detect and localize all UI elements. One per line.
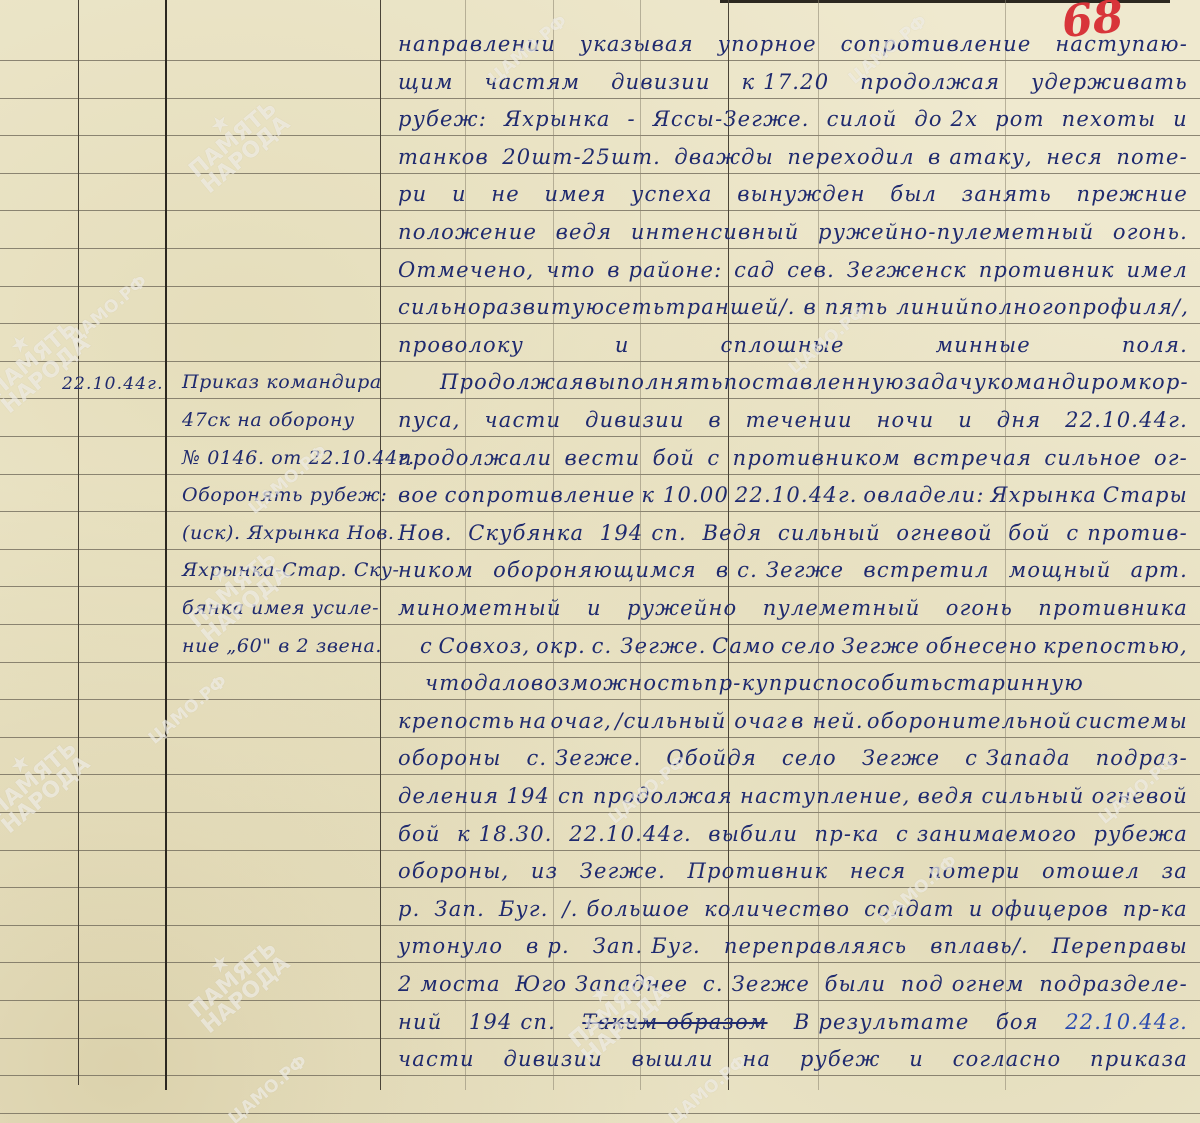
- narrative-line: риинеимеяуспехавынужденбылзанятьпрежние: [398, 182, 1188, 206]
- handwritten-word: положение: [398, 220, 537, 244]
- handwritten-word: /. в пять линий: [779, 295, 970, 319]
- handwritten-word: и: [909, 1047, 924, 1071]
- handwritten-word: в р.: [526, 934, 570, 958]
- handwritten-word: Само: [712, 634, 775, 658]
- handwritten-word: деления: [398, 784, 499, 808]
- handwritten-word: Переправы: [1052, 934, 1188, 958]
- ruled-line: [0, 361, 1200, 362]
- handwritten-word: и: [587, 596, 602, 620]
- handwritten-word: сев.: [787, 258, 835, 282]
- ruled-line: [0, 812, 1200, 813]
- narrative-line: утонулов р.Зап. Буг.переправляясьвплавь/…: [398, 934, 1188, 958]
- handwritten-word: ружейно: [627, 596, 737, 620]
- handwritten-word: село: [782, 746, 837, 770]
- ruled-line: [0, 1113, 1200, 1114]
- ruled-line: [0, 398, 1200, 399]
- source-line: Приказ командира: [182, 371, 382, 393]
- handwritten-word: пулеметный: [763, 596, 921, 620]
- star-icon: ★: [205, 948, 236, 980]
- narrative-line: воесопротивлениек 10.0022.10.44г.овладел…: [398, 483, 1188, 507]
- ruled-line: [0, 135, 1200, 136]
- handwritten-word: /сильный очаг: [615, 709, 788, 733]
- handwritten-word: сеть: [605, 295, 665, 319]
- handwritten-word: силой: [827, 107, 898, 131]
- ruled-line: [0, 962, 1200, 963]
- handwritten-word: выбили: [708, 822, 798, 846]
- ruled-line: [0, 1000, 1200, 1001]
- handwritten-word: рубеж:: [398, 107, 487, 131]
- narrative-line: сильноразвитуюсетьтраншей/. в пять линий…: [398, 295, 1188, 319]
- handwritten-word: упорное: [718, 32, 817, 56]
- handwritten-word: село: [781, 634, 836, 658]
- narrative-line: никомобороняющимсяв с. Зегжевстретилмощн…: [398, 558, 1188, 582]
- handwritten-word: минометный: [398, 596, 562, 620]
- handwritten-word: солдат: [864, 897, 955, 921]
- handwritten-word: прежние: [1077, 182, 1188, 206]
- handwritten-word: ведя: [918, 784, 975, 808]
- handwritten-word: имел: [1126, 258, 1188, 282]
- handwritten-word: с занимаемого: [896, 822, 1077, 846]
- handwritten-word: на: [519, 709, 548, 733]
- handwritten-word: Скубянка: [468, 521, 584, 545]
- narrative-line: бойк 18.30.22.10.44г.выбилипр-кас занима…: [398, 822, 1188, 846]
- ruled-line: [0, 887, 1200, 888]
- narrative-line: деления194 сппродолжаянаступление,ведяси…: [398, 784, 1188, 808]
- handwritten-word: сопротивление: [445, 483, 636, 507]
- narrative-line: танков20шт-25шт.дваждыпереходилв атаку,н…: [398, 145, 1188, 169]
- handwritten-word: под огнем: [901, 972, 1025, 996]
- handwritten-word: Зап.: [434, 897, 485, 921]
- entry-date: 22.10.44г.: [62, 374, 164, 394]
- handwritten-word: Противник: [687, 859, 828, 883]
- handwritten-word: огневой: [1092, 784, 1188, 808]
- handwritten-word: -: [628, 107, 636, 131]
- handwritten-word: пр-ка: [814, 822, 879, 846]
- handwritten-word: минные: [936, 333, 1031, 357]
- handwritten-word: пехоты: [1062, 107, 1157, 131]
- narrative-line: обороныс. Зегже.ОбойдяселоЗегжес Западап…: [398, 746, 1188, 770]
- narrative-line: продолжаливестибойспротивникомвстречаяси…: [398, 446, 1188, 470]
- ruled-line: [0, 210, 1200, 211]
- handwritten-word: что: [546, 258, 595, 282]
- narrative-line: р.Зап.Буг./. большоеколичествосолдати оф…: [398, 897, 1188, 921]
- column-rule: [78, 0, 79, 1085]
- handwritten-word: Стары: [1103, 483, 1188, 507]
- handwritten-word: вести: [564, 446, 640, 470]
- ruled-line: [0, 925, 1200, 926]
- handwritten-word: пуса,: [398, 408, 461, 432]
- handwritten-word: 22.10.44г.: [735, 483, 858, 507]
- narrative-line: минометныйиружейнопулеметныйогоньпротивн…: [398, 596, 1188, 620]
- handwritten-word: и: [615, 333, 630, 357]
- handwritten-word: дивизии: [585, 408, 685, 432]
- handwritten-word: направлении: [398, 32, 556, 56]
- handwritten-word: из: [531, 859, 558, 883]
- handwritten-word: приказа: [1090, 1047, 1188, 1071]
- handwritten-word: рот: [995, 107, 1045, 131]
- handwritten-word: до 2х: [914, 107, 978, 131]
- ruled-line: [0, 436, 1200, 437]
- handwritten-word: за: [1162, 859, 1188, 883]
- handwritten-word: Яхрынка: [504, 107, 611, 131]
- handwritten-word: в с. Зегже: [716, 558, 844, 582]
- watermark-line: НАРОДА: [0, 751, 95, 839]
- archive-document-page: 68 22.10.44г. Приказ командира47ск на об…: [0, 0, 1200, 1123]
- handwritten-word: Зегженск: [847, 258, 967, 282]
- handwritten-word: бой: [653, 446, 696, 470]
- handwritten-word: в ней.: [791, 709, 864, 733]
- handwritten-word: течении: [746, 408, 853, 432]
- handwritten-word: продолжая: [593, 784, 733, 808]
- handwritten-word: бой: [1008, 521, 1051, 545]
- handwritten-word: дивизии: [611, 70, 711, 94]
- handwritten-word: Нов.: [398, 521, 453, 545]
- handwritten-word: Яссы-Зегже.: [653, 107, 810, 131]
- handwritten-word: и: [1173, 107, 1188, 131]
- handwritten-word: с против-: [1066, 521, 1188, 545]
- source-line: бянка имея усиле-: [182, 597, 379, 619]
- handwritten-word: отошел: [1042, 859, 1140, 883]
- source-line: № 0146. от 22.10.44г.: [182, 447, 415, 469]
- handwritten-word: возможность: [531, 671, 704, 695]
- narrative-line: сСовхоз,окр.с. Зегже.СамоселоЗегжеобнесе…: [420, 634, 1188, 658]
- handwritten-word: Зегже: [862, 746, 940, 770]
- handwritten-word: и: [452, 182, 467, 206]
- handwritten-word: танков: [398, 145, 489, 169]
- watermark-line: ПАМЯТЬ: [0, 736, 82, 823]
- handwritten-word: 194 сп.: [600, 521, 687, 545]
- handwritten-word: поля.: [1122, 333, 1188, 357]
- ruled-line: [0, 248, 1200, 249]
- star-icon: ★: [5, 748, 36, 780]
- handwritten-word: противником: [733, 446, 901, 470]
- narrative-line: обороны,изЗегже.Противникнесяпотериотоше…: [398, 859, 1188, 883]
- narrative-line: частидивизиивышлинарубежисогласноприказа: [398, 1047, 1188, 1071]
- handwritten-word: окр.: [536, 634, 586, 658]
- handwritten-word: очаг,: [550, 709, 612, 733]
- handwritten-word: Зап. Буг.: [593, 934, 701, 958]
- source-line: Оборонять рубеж:: [182, 484, 387, 506]
- handwritten-word: были: [825, 972, 887, 996]
- narrative-line: Нов.Скубянка194 сп.Ведясильныйогневойбой…: [398, 521, 1188, 545]
- handwritten-word: сильное: [1044, 446, 1141, 470]
- handwritten-word: согласно: [953, 1047, 1062, 1071]
- handwritten-word: с. Зегже.: [526, 746, 641, 770]
- handwritten-word: дважды: [674, 145, 774, 169]
- ruled-line: [0, 774, 1200, 775]
- handwritten-word: переходил: [787, 145, 914, 169]
- handwritten-word: оборонительной: [867, 709, 1073, 733]
- handwritten-word: имея: [545, 182, 607, 206]
- watermark-line: ПАМЯТЬ: [184, 936, 281, 1023]
- handwritten-word: щим: [398, 70, 454, 94]
- handwritten-word: задачу: [905, 370, 987, 394]
- ruled-line: [0, 98, 1200, 99]
- narrative-line: направленииуказываяупорноесопротивлениен…: [398, 32, 1188, 56]
- handwritten-word: сильно: [398, 295, 482, 319]
- handwritten-word: переправляясь: [724, 934, 908, 958]
- handwritten-word: 22.10.44г.: [1065, 408, 1188, 432]
- handwritten-word: в: [708, 408, 721, 432]
- watermark-line: ПАМЯТЬ: [184, 96, 281, 183]
- handwritten-word: не: [491, 182, 520, 206]
- handwritten-word: продолжая: [860, 70, 1000, 94]
- handwritten-word: частям: [484, 70, 580, 94]
- handwritten-word: полного: [970, 295, 1068, 319]
- handwritten-word: указывая: [580, 32, 694, 56]
- handwritten-word: Юго Западнее: [515, 972, 688, 996]
- handwritten-word: ружейно-пулеметный: [818, 220, 1094, 244]
- handwritten-word: поставленную: [724, 370, 905, 394]
- handwritten-word: пр-ка: [1123, 897, 1188, 921]
- handwritten-word: 22.10.44г.: [1065, 1010, 1188, 1034]
- handwritten-word: к 10.00: [641, 483, 729, 507]
- handwritten-word: подразделе-: [1039, 972, 1188, 996]
- ruled-line: [0, 699, 1200, 700]
- ruled-line: [0, 1075, 1200, 1076]
- handwritten-word: огневой: [896, 521, 992, 545]
- handwritten-word: 22.10.44г.: [569, 822, 692, 846]
- handwritten-word: с. Зегже.: [592, 634, 707, 658]
- handwritten-word: траншей: [665, 295, 779, 319]
- source-line: ние „60" в 2 звена.: [182, 635, 382, 657]
- handwritten-word: к 18.30.: [457, 822, 553, 846]
- narrative-line: пуса,частидивизиивтеченииночиидня22.10.4…: [398, 408, 1188, 432]
- handwritten-word: арт.: [1131, 558, 1188, 582]
- ruled-line: [0, 60, 1200, 61]
- handwritten-word: сплошные: [721, 333, 845, 357]
- handwritten-word: сильный: [778, 521, 881, 545]
- handwritten-word: /. большое: [563, 897, 691, 921]
- handwritten-word: встретил: [863, 558, 989, 582]
- handwritten-word: интенсивный: [631, 220, 800, 244]
- handwritten-word: 2 моста: [398, 972, 501, 996]
- handwritten-word: обороны: [398, 746, 502, 770]
- handwritten-word: рубеж: [800, 1047, 881, 1071]
- handwritten-word: системы: [1076, 709, 1188, 733]
- ruled-line: [0, 173, 1200, 174]
- handwritten-word: Ведя: [702, 521, 762, 545]
- handwritten-word: боя: [996, 1010, 1039, 1034]
- handwritten-word: сопротивление: [841, 32, 1032, 56]
- handwritten-word: профиля/,: [1068, 295, 1189, 319]
- handwritten-word: выполнять: [585, 370, 724, 394]
- handwritten-word: вое: [398, 483, 439, 507]
- ruled-line: [0, 624, 1200, 625]
- handwritten-word: и: [958, 408, 973, 432]
- handwritten-word: в атаку,: [928, 145, 1033, 169]
- handwritten-word: что: [425, 671, 474, 695]
- handwritten-word: дало: [474, 671, 531, 695]
- ruled-line: [0, 737, 1200, 738]
- handwritten-word: огонь.: [1113, 220, 1188, 244]
- column-rule: [165, 0, 167, 1090]
- ruled-line: [0, 549, 1200, 550]
- watermark-line: НАРОДА: [197, 951, 295, 1039]
- handwritten-word: В результате: [794, 1010, 970, 1034]
- handwritten-word: поте-: [1116, 145, 1188, 169]
- handwritten-word: обороняющимся: [493, 558, 697, 582]
- handwritten-word: ночи: [877, 408, 935, 432]
- handwritten-word: рубежа: [1094, 822, 1188, 846]
- source-line: 47ск на оборону: [182, 409, 355, 431]
- handwritten-word: к 17.20: [742, 70, 830, 94]
- handwritten-word: ведя: [556, 220, 613, 244]
- handwritten-word: проволоку: [398, 333, 524, 357]
- handwritten-word: в районе:: [607, 258, 722, 282]
- handwritten-word: с: [420, 634, 433, 658]
- handwritten-word: на: [742, 1047, 771, 1071]
- handwritten-word: крепостью,: [1043, 634, 1188, 658]
- narrative-line: 2 мостаЮго Западнеес. Зегжебылипод огнем…: [398, 972, 1188, 996]
- handwritten-word: Яхрынка: [990, 483, 1097, 507]
- handwritten-word: Продолжая: [440, 370, 585, 394]
- ruled-line: [0, 586, 1200, 587]
- handwritten-word: противник: [979, 258, 1115, 282]
- handwritten-word: р.: [398, 897, 421, 921]
- handwritten-word: подраз-: [1096, 746, 1188, 770]
- handwritten-word: занять: [962, 182, 1052, 206]
- handwritten-word: 194 сп.: [469, 1010, 556, 1034]
- handwritten-word: дивизии: [503, 1047, 603, 1071]
- handwritten-word: вплавь/.: [930, 934, 1029, 958]
- handwritten-word: пр-ку: [704, 671, 769, 695]
- narrative-line: ний194 сп.Таким образомВ результатебоя22…: [398, 1010, 1188, 1034]
- handwritten-word: крепость: [398, 709, 515, 733]
- column-rule: [380, 0, 381, 1090]
- handwritten-word: овладели:: [863, 483, 984, 507]
- handwritten-word: с. Зегже: [703, 972, 810, 996]
- handwritten-word: старинную: [944, 671, 1084, 695]
- handwritten-word: успеха: [631, 182, 712, 206]
- handwritten-word: бой: [398, 822, 441, 846]
- ruled-line: [0, 511, 1200, 512]
- handwritten-word: обнесено: [926, 634, 1038, 658]
- handwritten-word: дня: [997, 408, 1042, 432]
- ruled-line: [0, 662, 1200, 663]
- handwritten-word: сильный: [982, 784, 1085, 808]
- watermark-project: ★ПАМЯТЬНАРОДА: [0, 723, 94, 838]
- ruled-line: [0, 850, 1200, 851]
- handwritten-word: обороны,: [398, 859, 509, 883]
- handwritten-word: Совхоз,: [438, 634, 530, 658]
- handwritten-word: Зегже.: [580, 859, 666, 883]
- narrative-line: проволокуисплошныеминныеполя.: [398, 333, 1188, 357]
- narrative-line: положениеведяинтенсивныйружейно-пулеметн…: [398, 220, 1188, 244]
- handwritten-word: Таким образом: [582, 1010, 767, 1034]
- handwritten-word: огонь: [946, 596, 1013, 620]
- handwritten-word: ог-: [1154, 446, 1188, 470]
- watermark-line: НАРОДА: [197, 111, 295, 199]
- ruled-line: [0, 286, 1200, 287]
- watermark-project: ★ПАМЯТЬНАРОДА: [173, 923, 293, 1038]
- handwritten-word: потери: [928, 859, 1021, 883]
- handwritten-word: кор-: [1138, 370, 1189, 394]
- handwritten-word: вынужден: [737, 182, 865, 206]
- handwritten-word: вышли: [632, 1047, 714, 1071]
- handwritten-word: наступление,: [740, 784, 910, 808]
- handwritten-word: развитую: [482, 295, 605, 319]
- handwritten-word: встречая: [913, 446, 1032, 470]
- handwritten-word: с Запада: [965, 746, 1071, 770]
- handwritten-word: утонуло: [398, 934, 503, 958]
- narrative-line: щимчастямдивизиик 17.20продолжаяудержива…: [398, 70, 1188, 94]
- ruled-line: [0, 474, 1200, 475]
- handwritten-word: Обойдя: [666, 746, 757, 770]
- handwritten-word: наступаю-: [1055, 32, 1188, 56]
- handwritten-word: Буг.: [499, 897, 549, 921]
- handwritten-word: части: [484, 408, 561, 432]
- star-icon: ★: [5, 328, 36, 360]
- ruled-line: [0, 323, 1200, 324]
- handwritten-word: неся: [850, 859, 907, 883]
- handwritten-word: неся: [1046, 145, 1103, 169]
- handwritten-word: был: [890, 182, 937, 206]
- source-line: Яхрынка-Стар. Ску-: [182, 559, 400, 581]
- handwritten-word: Отмечено,: [398, 258, 534, 282]
- narrative-line: рубеж:Яхрынка-Яссы-Зегже.силойдо 2хротпе…: [398, 107, 1188, 131]
- narrative-line: чтодаловозможностьпр-куприспособитьстари…: [425, 671, 1025, 695]
- handwritten-word: части: [398, 1047, 475, 1071]
- narrative-line: Продолжаявыполнятьпоставленнуюзадачукома…: [440, 370, 1188, 394]
- watermark-project: ★ПАМЯТЬНАРОДА: [173, 83, 293, 198]
- handwritten-word: с: [707, 446, 720, 470]
- handwritten-word: мощный: [1009, 558, 1112, 582]
- handwritten-word: командиром: [987, 370, 1138, 394]
- ruled-line: [0, 1038, 1200, 1039]
- handwritten-word: и офицеров: [969, 897, 1109, 921]
- handwritten-word: 20шт-25шт.: [502, 145, 661, 169]
- handwritten-word: противника: [1038, 596, 1188, 620]
- handwritten-word: количество: [704, 897, 850, 921]
- handwritten-word: приспособить: [769, 671, 944, 695]
- narrative-line: крепостьнаочаг,/сильный очагв ней.оборон…: [398, 709, 1188, 733]
- source-line: (иск). Яхрынка Нов.: [182, 522, 395, 544]
- handwritten-word: ри: [398, 182, 427, 206]
- handwritten-word: ний: [398, 1010, 442, 1034]
- watermark-project: ★ПАМЯТЬНАРОДА: [0, 303, 94, 418]
- handwritten-word: Зегже: [842, 634, 920, 658]
- handwritten-word: удерживать: [1031, 70, 1188, 94]
- narrative-line: Отмечено,чтов районе:садсев.Зегженскпрот…: [398, 258, 1188, 282]
- handwritten-word: 194 сп: [506, 784, 585, 808]
- handwritten-word: продолжали: [398, 446, 552, 470]
- handwritten-word: сад: [734, 258, 775, 282]
- handwritten-word: ником: [398, 558, 474, 582]
